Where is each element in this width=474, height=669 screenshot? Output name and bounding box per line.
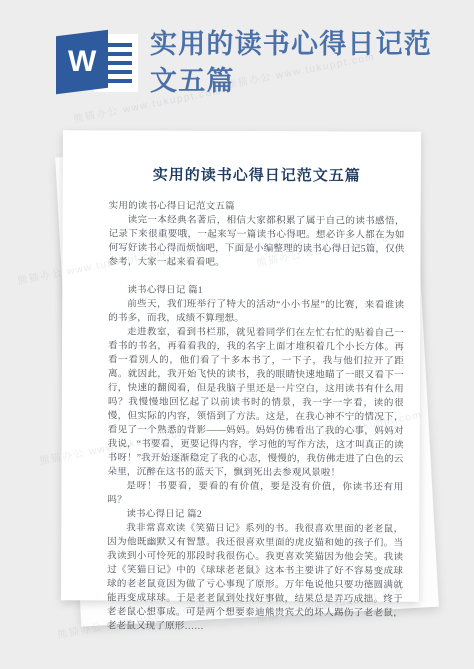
document-subtitle: 实用的读书心得日记范文五篇 [109, 199, 405, 214]
document-preview-canvas: W 实用的读书心得日记范文五篇 实用的读书心得日记范文五篇 实用的读书心得日记范… [0, 0, 474, 669]
section-title-2: 读书心得日记 篇2 [107, 507, 403, 522]
word-icon-plate: W [56, 30, 108, 94]
preview-title: 实用的读书心得日记范文五篇 [150, 26, 436, 100]
document-paragraph: 我非常喜欢读《笑猫日记》系列的书。我很喜欢里面的老老鼠，因为他既幽默又有智慧。我… [107, 521, 403, 634]
page-sheet-front: 实用的读书心得日记范文五篇 实用的读书心得日记范文五篇 读完一本经典名著后，相信… [61, 130, 421, 602]
word-icon: W [56, 30, 144, 96]
document-paragraph: 前些天，我们班举行了特大的活动“小小书屋”的比赛，来看谁读的书多，而我，成绩不算… [108, 297, 404, 326]
document-paragraph: 是呀！书要看，要看的有价值，要是没有价值，你读书还有用吗？ [107, 479, 403, 508]
document-paragraph: 读完一本经典名著后，相信大家都积累了属于自己的读书感悟，记录下来很重要哦，一起来… [108, 213, 404, 270]
word-icon-letter: W [68, 47, 96, 77]
preview-header: W 实用的读书心得日记范文五篇 [0, 0, 474, 130]
document-heading: 实用的读书心得日记范文五篇 [109, 166, 405, 184]
section-title-1: 读书心得日记 篇1 [108, 283, 404, 298]
document-paragraph: 走进教室，看到书栏那，就见着同学们在左忙右忙的贴着自己一看书的书名，再看看我的，… [108, 325, 405, 480]
